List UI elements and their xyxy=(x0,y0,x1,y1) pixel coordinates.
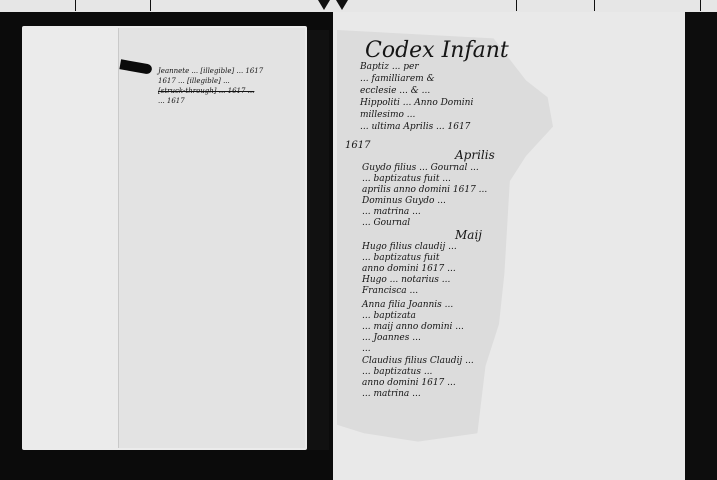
ruler-tick xyxy=(150,0,151,11)
entry-line: anno domini 1617 ... xyxy=(362,378,456,388)
header-line: ... familliarem & xyxy=(360,74,435,84)
note-line: Jeannete ... [illegible] ... 1617 xyxy=(158,66,263,76)
book-gutter xyxy=(307,30,329,450)
ruler-tick xyxy=(516,0,517,11)
header-line: Hippoliti ... Anno Domini xyxy=(360,98,473,108)
entry-line: ... baptizatus fuit ... xyxy=(362,174,451,184)
ruler-tick xyxy=(594,0,595,11)
entry-line: Francisca ... xyxy=(362,286,418,296)
ruler-tick xyxy=(700,0,701,11)
entry-line: ... Gournal xyxy=(362,218,410,228)
entry-line: ... maij anno domini ... xyxy=(362,322,464,332)
header-line: millesimo ... xyxy=(360,110,415,120)
entry-line: ... matrina ... xyxy=(362,389,421,399)
entry-line: Hugo ... notarius ... xyxy=(362,275,450,285)
note-line: [struck-through] ... 1617 ... xyxy=(158,86,263,96)
note-line: ... 1617 xyxy=(158,96,263,106)
ruler-tick xyxy=(75,0,76,11)
entry-line: ... Joannes ... xyxy=(362,333,421,343)
entry-line: Dominus Guydo ... xyxy=(362,196,446,206)
entry-line: ... baptizatus ... xyxy=(362,367,432,377)
note-line: 1617 ... [illegible] ... xyxy=(158,76,263,86)
header-line: Baptiz ... per xyxy=(360,62,419,72)
entry-line: anno domini 1617 ... xyxy=(362,264,456,274)
entry-line: ... baptizata xyxy=(362,311,416,321)
month-heading-may: Maij xyxy=(455,228,482,242)
scan-background-right xyxy=(685,12,717,480)
entry-line: Guydo filius ... Gournal ... xyxy=(362,163,479,173)
scan-ruler-strip xyxy=(0,0,717,12)
header-line: ecclesie ... & ... xyxy=(360,86,430,96)
register-heading: Codex Infant xyxy=(365,38,509,63)
entry-line: Claudius filius Claudij ... xyxy=(362,356,474,366)
entry-line: aprilis anno domini 1617 ... xyxy=(362,185,487,195)
entry-line: ... baptizatus fuit xyxy=(362,253,439,263)
entry-line: Hugo filius claudij ... xyxy=(362,242,457,252)
fold-marker-icon xyxy=(318,0,330,10)
header-line: ... ultima Aprilis ... 1617 xyxy=(360,122,470,132)
entry-line: ... xyxy=(362,344,371,354)
month-heading-april: Aprilis xyxy=(455,148,495,162)
entry-line: Anna filia Joannis ... xyxy=(362,300,453,310)
fold-marker-icon xyxy=(336,0,348,10)
left-page-note: Jeannete ... [illegible] ... 1617 1617 .… xyxy=(158,66,263,106)
margin-year: 1617 xyxy=(345,140,370,151)
entry-line: ... matrina ... xyxy=(362,207,421,217)
